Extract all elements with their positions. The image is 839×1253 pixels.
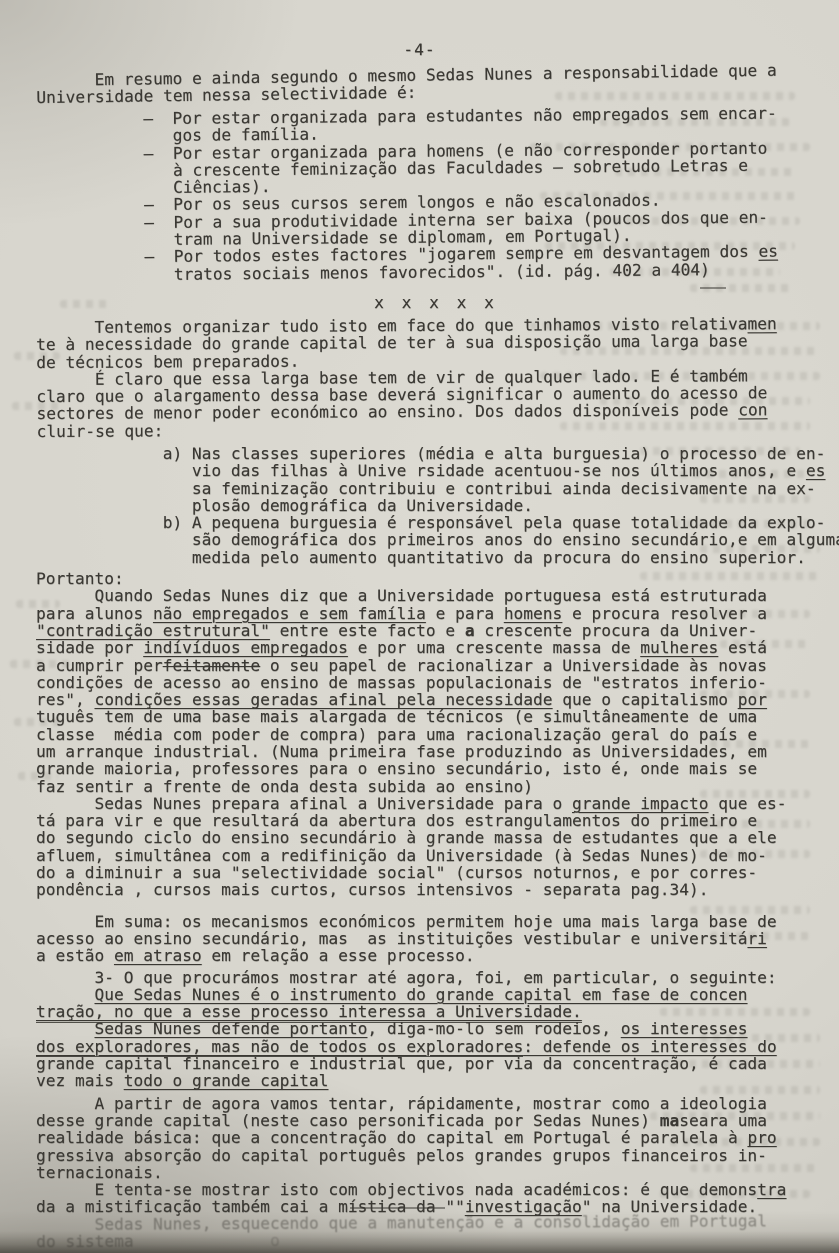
text-line: vio das filhas à Unive rsidade acentuou-… — [36, 462, 836, 479]
text-line: x x x x x — [36, 294, 836, 311]
text-line: ternacionais. — [36, 1164, 836, 1181]
text-line: Em suma: os mecanismos económicos permit… — [36, 913, 836, 930]
page-number: -4- — [0, 40, 839, 59]
portanto-paragraph: Portanto: Quando Sedas Nunes diz que a U… — [36, 570, 836, 795]
text-line: Quando Sedas Nunes diz que a Universidad… — [36, 587, 836, 604]
text-line: Sedas Nunes prepara afinal a Universidad… — [36, 795, 836, 812]
text-line: tuguês tem de uma base mais alargada de … — [36, 708, 836, 725]
text-line: do segundo ciclo do ensino secundário à … — [36, 829, 836, 846]
text-line: condições de acesso ao ensino de massas … — [36, 674, 836, 691]
text-line: b) A pequena burguesia é responsável pel… — [36, 514, 836, 531]
scanned-document-page: -4- Em resumo e ainda segundo o mesmo Se… — [0, 0, 839, 1253]
text-line: tração, no que a esse processo interessa… — [36, 1003, 836, 1020]
text-line: pondência , cursos mais curtos, cursos i… — [36, 881, 836, 898]
a-partir-paragraph: A partir de agora vamos tentar, rápidame… — [36, 1095, 836, 1181]
text-line: grande capital financeiro e industrial q… — [36, 1055, 836, 1072]
text-line: um arranque industrial. (Numa primeira f… — [36, 743, 836, 760]
text-line: desse grande capital (neste caso personi… — [36, 1112, 836, 1129]
text-line: res", condições essas geradas afinal pel… — [36, 691, 836, 708]
text-line: 3- O que procurámos mostrar até agora, f… — [36, 969, 836, 986]
text-line: a cumprir perfeitamente o seu papel de r… — [36, 657, 836, 674]
text-line: Sedas Nunes, esquecendo que a manutenção… — [36, 1212, 836, 1233]
ab-conclusions-list: a) Nas classes superiores (média e alta … — [36, 445, 836, 566]
page-bottom-shadow — [0, 1231, 839, 1253]
text-line: A partir de agora vamos tentar, rápidame… — [36, 1095, 836, 1112]
document-body: Em resumo e ainda segundo o mesmo Sedas … — [36, 72, 836, 1250]
text-line: para alunos não empregados e sem família… — [36, 605, 836, 622]
prepara-paragraph: Sedas Nunes prepara afinal a Universidad… — [36, 795, 836, 899]
intro-paragraph: Em resumo e ainda segundo o mesmo Sedas … — [36, 61, 836, 107]
text-line: medida pelo aumento quantitativo da proc… — [36, 549, 836, 566]
text-line: Portanto: — [36, 570, 836, 587]
text-line: Sedas Nunes defende portanto, diga-mo-lo… — [36, 1020, 836, 1037]
selectivity-bullet-list: — Por estar organizada para estudantes n… — [36, 104, 837, 284]
text-line: a) Nas classes superiores (média e alta … — [36, 445, 836, 462]
text-line: vez mais todo o grande capital — [36, 1072, 836, 1089]
text-line: faz sentir a frente de onda desta subida… — [36, 778, 836, 795]
text-line: são demográfica dos primeiros anos do en… — [36, 531, 836, 548]
text-line: tá para vir e que resultará da abertura … — [36, 812, 836, 829]
text-line: classe média com poder de compra) para u… — [36, 726, 836, 743]
em-suma-paragraph: Em suma: os mecanismos económicos permit… — [36, 913, 836, 965]
text-line: E tenta-se mostrar isto com objectivos n… — [36, 1181, 836, 1198]
text-line: dos exploradores, mas não de todos os ex… — [36, 1038, 836, 1055]
text-line: "contradição estrutural" entre este fact… — [36, 622, 836, 639]
text-line: Que Sedas Nunes é o instrumento do grand… — [36, 986, 836, 1003]
text-line: cluir-se que: — [37, 418, 837, 439]
text-line: acesso ao ensino secundário, mas as inst… — [36, 930, 836, 947]
section-divider: x x x x x — [36, 294, 836, 311]
text-line: do a diminuir a sua "selectividade socia… — [36, 864, 836, 881]
text-line: sectores de menor poder económico ao ens… — [36, 401, 836, 422]
text-line: afluem, simultânea com a redifinição da … — [36, 847, 836, 864]
organize-paragraph: Tentemos organizar tudo isto em face do … — [36, 315, 837, 440]
text-line: a estão em atraso em relação a esse proc… — [36, 947, 836, 964]
text-line: sidade por indívíduos empregados e por u… — [36, 639, 836, 656]
text-line: grande maioria, professores para o ensin… — [36, 760, 836, 777]
text-line: sa feminização contribuiu e contribui ai… — [36, 480, 836, 497]
section-3-paragraph: 3- O que procurámos mostrar até agora, f… — [36, 969, 836, 1090]
text-line: gressiva absorção do capital português p… — [36, 1147, 836, 1164]
text-line: plosão demográfica da Universidade. — [36, 497, 836, 514]
text-line: realidade básica: que a concentração do … — [36, 1129, 836, 1146]
text-line: te à necessidade do grande capital de te… — [36, 332, 836, 353]
